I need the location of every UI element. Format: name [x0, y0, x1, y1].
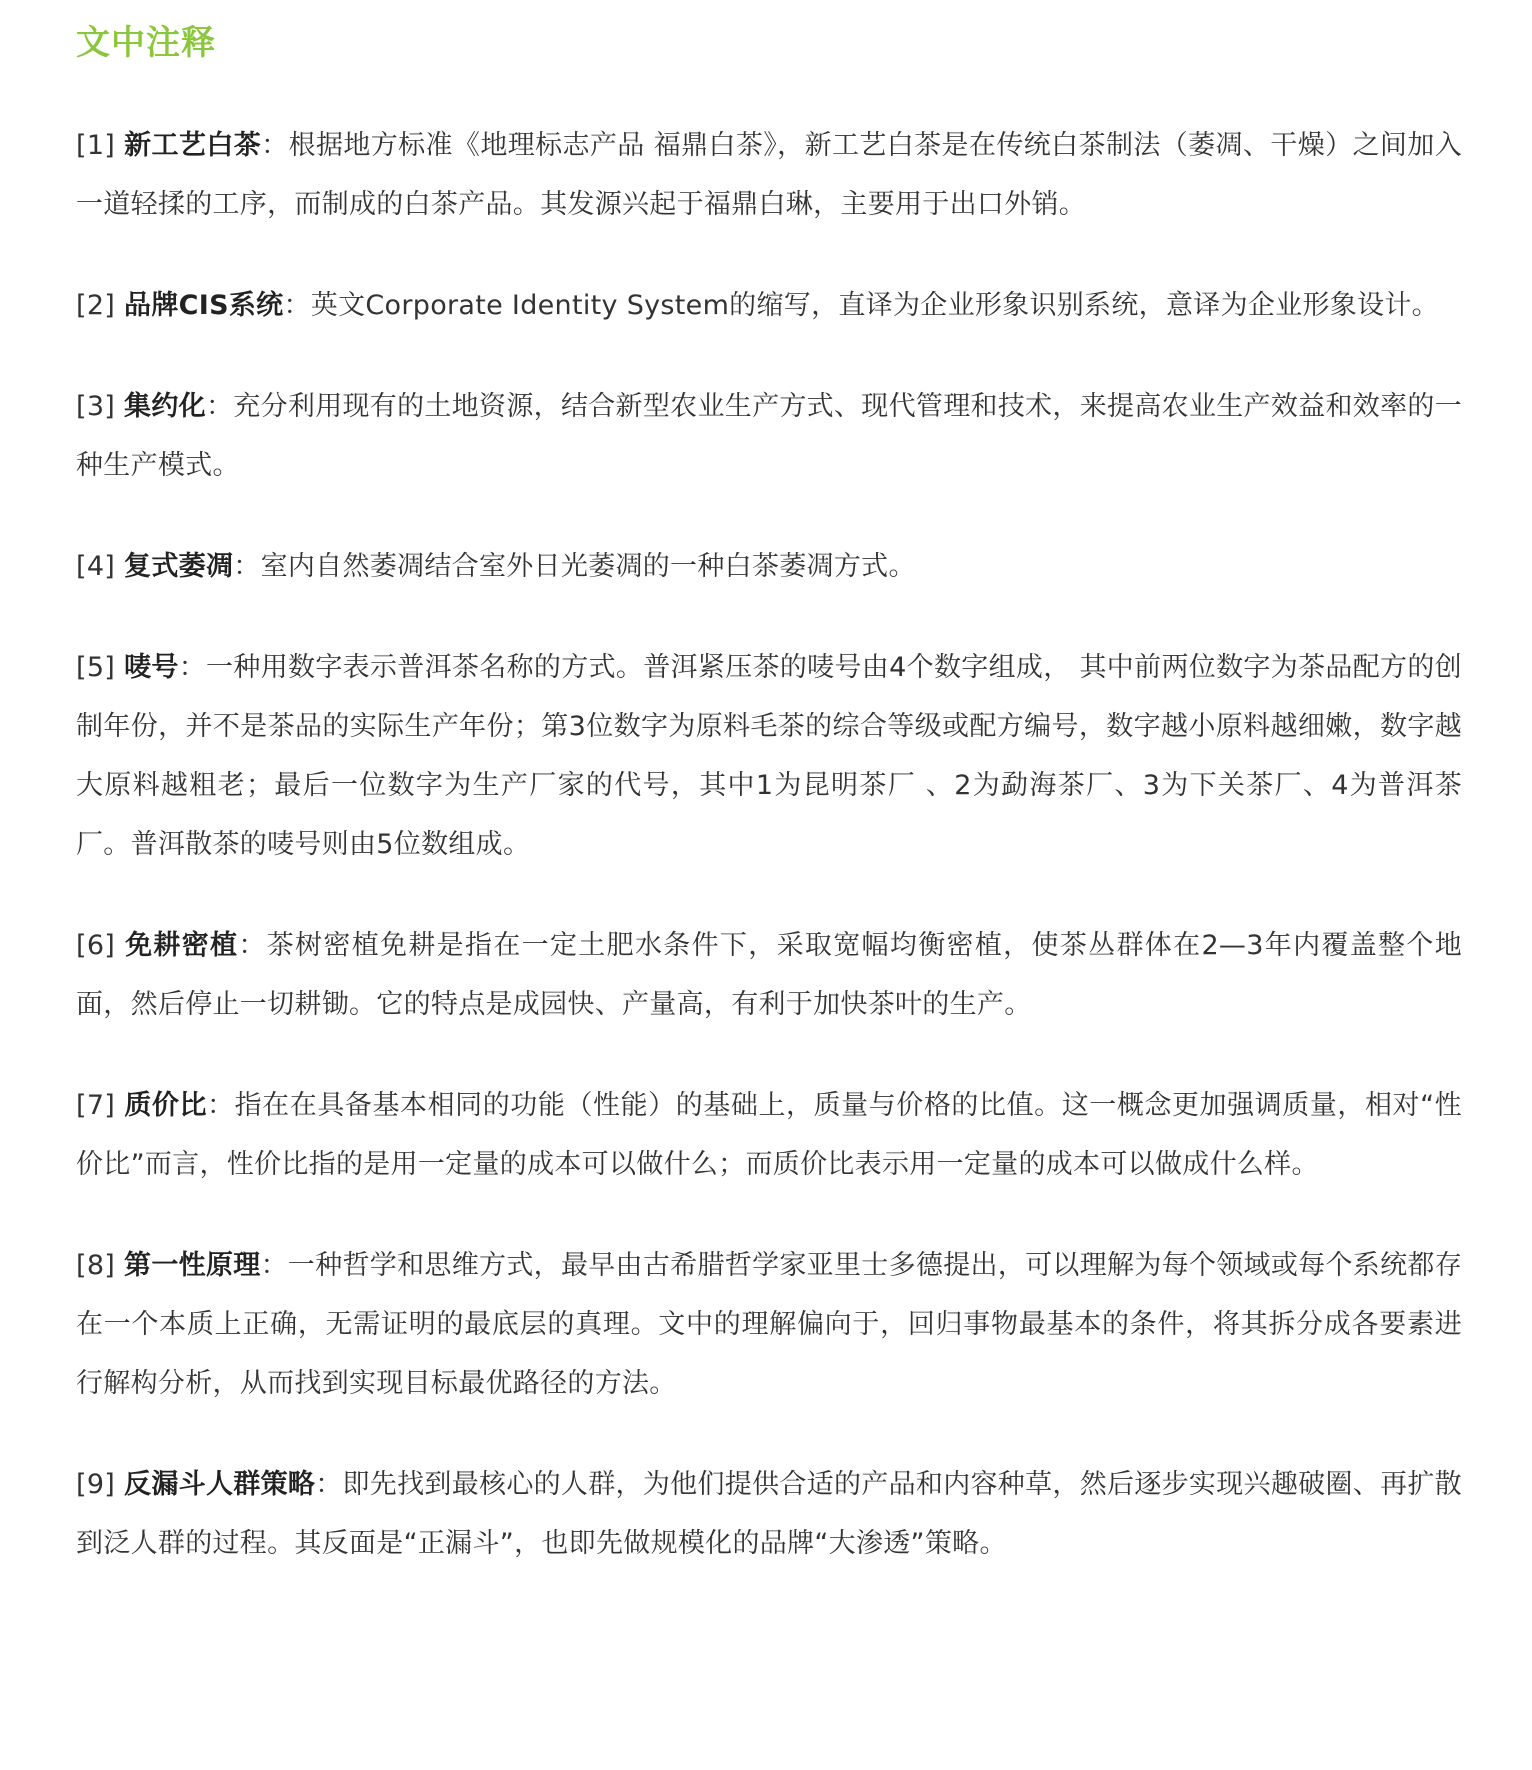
note-colon: ：: [315, 1469, 342, 1500]
note-colon: ：: [261, 1250, 288, 1281]
note-ref: [6]: [76, 930, 115, 961]
note-ref: [4]: [76, 551, 115, 582]
note-term: 反漏斗人群策略: [124, 1469, 315, 1500]
section-title: 文中注释: [76, 18, 1462, 68]
note-term: 集约化: [124, 391, 206, 422]
note-8: [8] 第一性原理：一种哲学和思维方式，最早由古希腊哲学家亚里士多德提出，可以理…: [76, 1236, 1462, 1413]
note-term: 质价比: [124, 1090, 207, 1121]
note-colon: ：: [283, 290, 310, 321]
note-4: [4] 复式萎凋：室内自然萎凋结合室外日光萎凋的一种白茶萎凋方式。: [76, 537, 1462, 596]
note-3: [3] 集约化：充分利用现有的土地资源，结合新型农业生产方式、现代管理和技术，来…: [76, 377, 1462, 495]
note-ref: [9]: [76, 1469, 115, 1500]
note-text: 充分利用现有的土地资源，结合新型农业生产方式、现代管理和技术，来提高农业生产效益…: [76, 391, 1462, 481]
note-ref: [5]: [76, 652, 115, 683]
annotations-page: 文中注释 [1] 新工艺白茶：根据地方标准《地理标志产品 福鼎白茶》，新工艺白茶…: [0, 0, 1532, 1573]
note-ref: [1]: [76, 130, 115, 161]
note-term: 新工艺白茶: [124, 130, 261, 161]
note-ref: [8]: [76, 1250, 115, 1281]
note-colon: ：: [233, 551, 260, 582]
note-ref: [2]: [76, 290, 115, 321]
note-term: 免耕密植: [125, 930, 238, 961]
note-term: 复式萎凋: [124, 551, 233, 582]
note-ref: [7]: [76, 1090, 115, 1121]
note-6: [6] 免耕密植：茶树密植免耕是指在一定土肥水条件下，采取宽幅均衡密植，使茶丛群…: [76, 916, 1462, 1034]
note-text: 指在在具备基本相同的功能（性能）的基础上，质量与价格的比值。这一概念更加强调质量…: [76, 1090, 1462, 1180]
note-colon: ：: [207, 1090, 235, 1121]
note-5: [5] 唛号：一种用数字表示普洱茶名称的方式。普洱紧压茶的唛号由4个数字组成， …: [76, 638, 1462, 874]
note-term: 第一性原理: [124, 1250, 261, 1281]
note-1: [1] 新工艺白茶：根据地方标准《地理标志产品 福鼎白茶》，新工艺白茶是在传统白…: [76, 116, 1462, 234]
note-colon: ：: [206, 391, 233, 422]
note-text: 室内自然萎凋结合室外日光萎凋的一种白茶萎凋方式。: [261, 551, 916, 582]
note-colon: ：: [238, 930, 266, 961]
note-ref: [3]: [76, 391, 115, 422]
note-colon: ：: [261, 130, 288, 161]
note-7: [7] 质价比：指在在具备基本相同的功能（性能）的基础上，质量与价格的比值。这一…: [76, 1076, 1462, 1194]
note-text: 一种用数字表示普洱茶名称的方式。普洱紧压茶的唛号由4个数字组成， 其中前两位数字…: [76, 652, 1462, 860]
note-9: [9] 反漏斗人群策略：即先找到最核心的人群，为他们提供合适的产品和内容种草，然…: [76, 1455, 1462, 1573]
note-colon: ：: [179, 652, 206, 683]
note-text: 茶树密植免耕是指在一定土肥水条件下，采取宽幅均衡密植，使茶丛群体在2—3年内覆盖…: [76, 930, 1462, 1020]
note-text: 英文Corporate Identity System的缩写，直译为企业形象识别…: [311, 290, 1439, 321]
note-term: 唛号: [124, 652, 179, 683]
note-term: 品牌CIS系统: [124, 290, 283, 321]
note-2: [2] 品牌CIS系统：英文Corporate Identity System的…: [76, 276, 1462, 335]
